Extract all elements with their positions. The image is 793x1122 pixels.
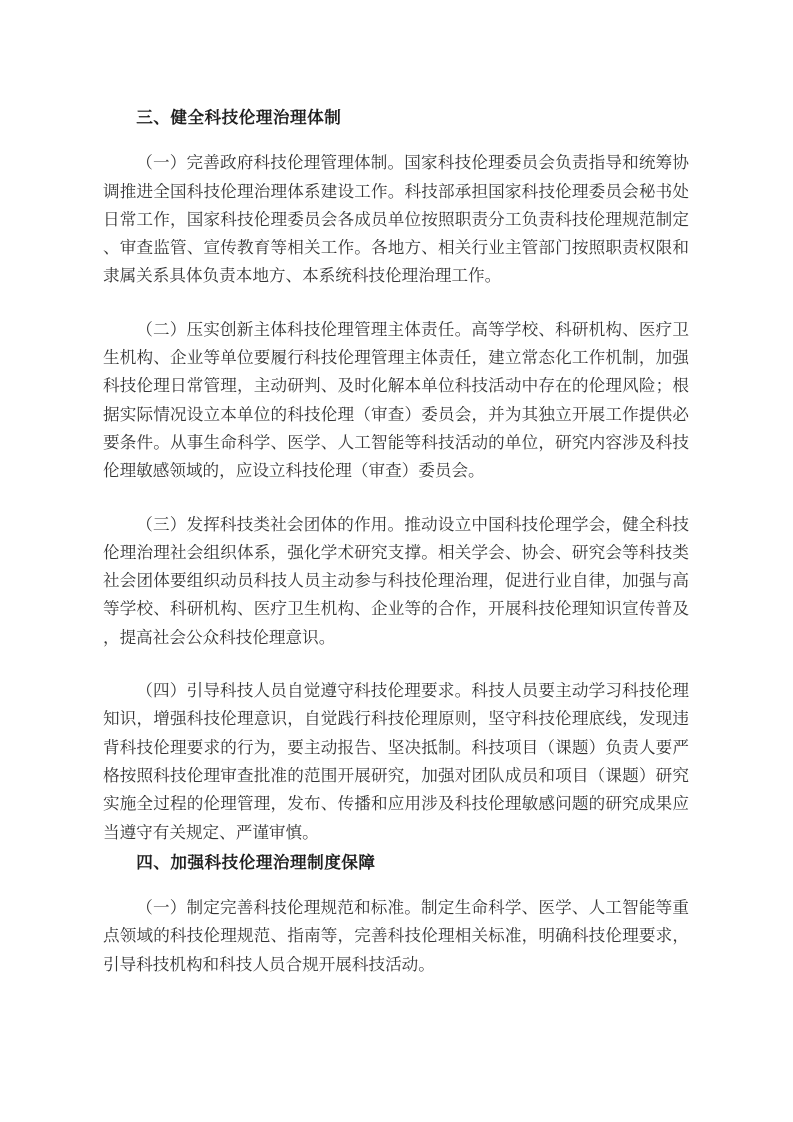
section-heading-3: 三、健全科技伦理治理体制 bbox=[103, 104, 689, 132]
paragraph-4-1: （一）制定完善科技伦理规范和标准。制定生命科学、医学、人工智能等重点领域的科技伦… bbox=[103, 894, 689, 979]
paragraph-3-3: （三）发挥科技类社会团体的作用。推动设立中国科技伦理学会，健全科技伦理治理社会组… bbox=[103, 511, 689, 652]
section-heading-4: 四、加强科技伦理治理制度保障 bbox=[103, 849, 689, 877]
paragraph-3-2: （二）压实创新主体科技伦理管理主体责任。高等学校、科研机构、医疗卫生机构、企业等… bbox=[103, 316, 689, 486]
paragraph-3-1: （一）完善政府科技伦理管理体制。国家科技伦理委员会负责指导和统筹协调推进全国科技… bbox=[103, 149, 689, 290]
document-page: 三、健全科技伦理治理体制 （一）完善政府科技伦理管理体制。国家科技伦理委员会负责… bbox=[0, 0, 793, 1122]
paragraph-3-4: （四）引导科技人员自觉遵守科技伦理要求。科技人员要主动学习科技伦理知识，增强科技… bbox=[103, 677, 689, 847]
document-content: 三、健全科技伦理治理体制 （一）完善政府科技伦理管理体制。国家科技伦理委员会负责… bbox=[103, 104, 689, 979]
